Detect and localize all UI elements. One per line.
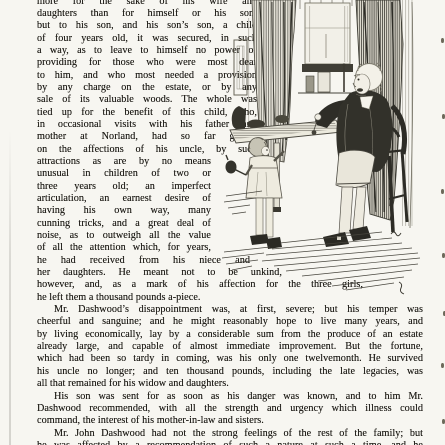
text-line: having his own way, many bbox=[37, 205, 211, 217]
text-line: which had been so tardy in coming, was h… bbox=[37, 353, 423, 365]
text-line: command, the interest of his mother-in-l… bbox=[37, 415, 423, 427]
text-line: articulation, an earnest desire of bbox=[37, 193, 211, 205]
text-line: cunning tricks, and a great deal of bbox=[37, 218, 211, 230]
text-line: His son was sent for as soon as his dang… bbox=[37, 391, 423, 403]
book-page: more for the sake of his wife and daught… bbox=[0, 0, 445, 445]
artist-monogram bbox=[391, 232, 404, 294]
text-line: unusual in children of two or bbox=[37, 168, 211, 180]
text-line: already large, and capable of almost imm… bbox=[37, 341, 423, 353]
window-mirror bbox=[298, 3, 355, 93]
page-edge-ink-speck bbox=[441, 363, 444, 368]
illustration-engraving bbox=[222, 0, 435, 298]
page-gutter-shadow bbox=[9, 130, 11, 445]
text-line: Mr. John Dashwood had not the strong fee… bbox=[37, 428, 423, 440]
text-line: by living economically, lay by a conside… bbox=[37, 329, 423, 341]
page-edge-ink-speck bbox=[441, 38, 444, 43]
text-line: Mr. Dashwood’s disappointment was, at fi… bbox=[37, 304, 423, 316]
page-edge-ink-speck bbox=[441, 189, 444, 194]
text-line: attractions as are by no means bbox=[37, 156, 211, 168]
text-line: cheerful and sanguine; and he might reas… bbox=[37, 316, 423, 328]
text-line: all that remained for his widow and daug… bbox=[37, 378, 423, 390]
text-line: he had received from his niece and bbox=[37, 255, 250, 267]
text-line: he was affected by a recommendation of s… bbox=[37, 440, 423, 445]
text-line: three years old; an imperfect bbox=[37, 181, 211, 193]
text-line: Dashwood recommended, with all the stren… bbox=[37, 403, 423, 415]
text-line: noise, as to outweigh all the value bbox=[37, 230, 211, 242]
text-line: of all the attention which, for years, bbox=[37, 242, 211, 254]
text-line: his uncle no longer; and ten thousand po… bbox=[37, 366, 423, 378]
